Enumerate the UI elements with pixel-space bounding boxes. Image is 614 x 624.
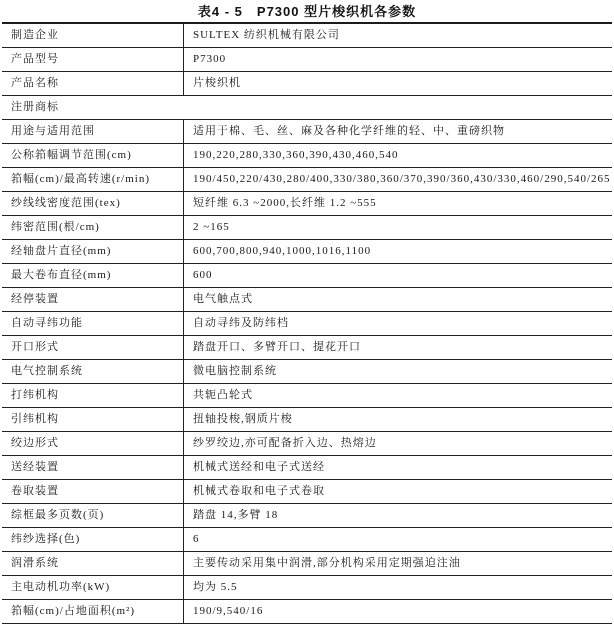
- param-label: 产品名称: [2, 72, 183, 95]
- param-value: 2 ~165: [183, 216, 612, 239]
- param-value: 600: [183, 264, 612, 287]
- table-row: 纬密范围(根/cm) 2 ~165: [2, 216, 612, 240]
- param-value: 6: [183, 528, 612, 551]
- param-value: 扭轴投梭,钢质片梭: [183, 408, 612, 431]
- table-row: 综框最多页数(页) 踏盘 14,多臂 18: [2, 504, 612, 528]
- param-value: 190/9,540/16: [183, 600, 612, 623]
- param-label: 引纬机构: [2, 408, 183, 431]
- param-value: 自动寻纬及防纬档: [183, 312, 612, 335]
- param-value: 踏盘 14,多臂 18: [183, 504, 612, 527]
- param-label: 打纬机构: [2, 384, 183, 407]
- param-value: P7300: [183, 48, 612, 71]
- param-label: 绞边形式: [2, 432, 183, 455]
- table-row: 开口形式 踏盘开口、多臂开口、提花开口: [2, 336, 612, 360]
- param-label: 送经装置: [2, 456, 183, 479]
- param-label: 卷取装置: [2, 480, 183, 503]
- param-label: 纬纱选择(色): [2, 528, 183, 551]
- table-row: 纬纱选择(色) 6: [2, 528, 612, 552]
- table-row: 送经装置 机械式送经和电子式送经: [2, 456, 612, 480]
- param-label: 用途与适用范围: [2, 120, 183, 143]
- param-label: 最大卷布直径(mm): [2, 264, 183, 287]
- table-row: 产品型号 P7300: [2, 48, 612, 72]
- param-label: 制造企业: [2, 24, 183, 47]
- param-value: 主要传动采用集中润滑,部分机构采用定期强迫注油: [183, 552, 612, 575]
- parameters-table: 制造企业 SULTEX 纺织机械有限公司 产品型号 P7300 产品名称 片梭织…: [2, 22, 612, 624]
- param-label: 经停装置: [2, 288, 183, 311]
- param-value: 190,220,280,330,360,390,430,460,540: [183, 144, 612, 167]
- param-label: 纬密范围(根/cm): [2, 216, 183, 239]
- param-label: 综框最多页数(页): [2, 504, 183, 527]
- table-row: 最大卷布直径(mm) 600: [2, 264, 612, 288]
- table-row: 筘幅(cm)/占地面积(m²) 190/9,540/16: [2, 600, 612, 624]
- param-value: 纱罗绞边,亦可配备折入边、热熔边: [183, 432, 612, 455]
- param-label: 纱线线密度范围(tex): [2, 192, 183, 215]
- param-label: 筘幅(cm)/占地面积(m²): [2, 600, 183, 623]
- table-row: 打纬机构 共轭凸轮式: [2, 384, 612, 408]
- param-value: 片梭织机: [183, 72, 612, 95]
- table-row: 经停装置 电气触点式: [2, 288, 612, 312]
- param-label: 经轴盘片直径(mm): [2, 240, 183, 263]
- table-row: 绞边形式 纱罗绞边,亦可配备折入边、热熔边: [2, 432, 612, 456]
- param-label: 产品型号: [2, 48, 183, 71]
- table-row: 电气控制系统 微电脑控制系统: [2, 360, 612, 384]
- param-value: 电气触点式: [183, 288, 612, 311]
- param-value: 机械式送经和电子式送经: [183, 456, 612, 479]
- document-page: 表4 - 5 P7300 型片梭织机各参数 制造企业 SULTEX 纺织机械有限…: [0, 0, 614, 624]
- table-title: 表4 - 5 P7300 型片梭织机各参数: [0, 0, 614, 22]
- param-value: 短纤维 6.3 ~2000,长纤维 1.2 ~555: [183, 192, 612, 215]
- param-label: 自动寻纬功能: [2, 312, 183, 335]
- param-value: 适用于棉、毛、丝、麻及各种化学纤维的轻、中、重磅织物: [183, 120, 612, 143]
- table-row: 纱线线密度范围(tex) 短纤维 6.3 ~2000,长纤维 1.2 ~555: [2, 192, 612, 216]
- table-row: 注册商标: [2, 96, 612, 120]
- table-row: 自动寻纬功能 自动寻纬及防纬档: [2, 312, 612, 336]
- param-value: 踏盘开口、多臂开口、提花开口: [183, 336, 612, 359]
- table-row: 润滑系统 主要传动采用集中润滑,部分机构采用定期强迫注油: [2, 552, 612, 576]
- param-label: 润滑系统: [2, 552, 183, 575]
- param-label: 筘幅(cm)/最高转速(r/min): [2, 168, 183, 191]
- table-row: 制造企业 SULTEX 纺织机械有限公司: [2, 24, 612, 48]
- param-value: 600,700,800,940,1000,1016,1100: [183, 240, 612, 263]
- table-row: 用途与适用范围 适用于棉、毛、丝、麻及各种化学纤维的轻、中、重磅织物: [2, 120, 612, 144]
- param-value: SULTEX 纺织机械有限公司: [183, 24, 612, 47]
- table-row: 主电动机功率(kW) 均为 5.5: [2, 576, 612, 600]
- param-label: 开口形式: [2, 336, 183, 359]
- param-value: 微电脑控制系统: [183, 360, 612, 383]
- table-row: 产品名称 片梭织机: [2, 72, 612, 96]
- param-label: 公称筘幅调节范围(cm): [2, 144, 183, 167]
- table-row: 筘幅(cm)/最高转速(r/min) 190/450,220/430,280/4…: [2, 168, 612, 192]
- table-row: 引纬机构 扭轴投梭,钢质片梭: [2, 408, 612, 432]
- param-label: 电气控制系统: [2, 360, 183, 383]
- param-value: 均为 5.5: [183, 576, 612, 599]
- table-row: 卷取装置 机械式卷取和电子式卷取: [2, 480, 612, 504]
- table-row: 经轴盘片直径(mm) 600,700,800,940,1000,1016,110…: [2, 240, 612, 264]
- param-value: 机械式卷取和电子式卷取: [183, 480, 612, 503]
- param-value: 共轭凸轮式: [183, 384, 612, 407]
- param-label: 注册商标: [2, 96, 183, 119]
- param-value: 190/450,220/430,280/400,330/380,360/370,…: [183, 168, 612, 191]
- param-label: 主电动机功率(kW): [2, 576, 183, 599]
- table-row: 公称筘幅调节范围(cm) 190,220,280,330,360,390,430…: [2, 144, 612, 168]
